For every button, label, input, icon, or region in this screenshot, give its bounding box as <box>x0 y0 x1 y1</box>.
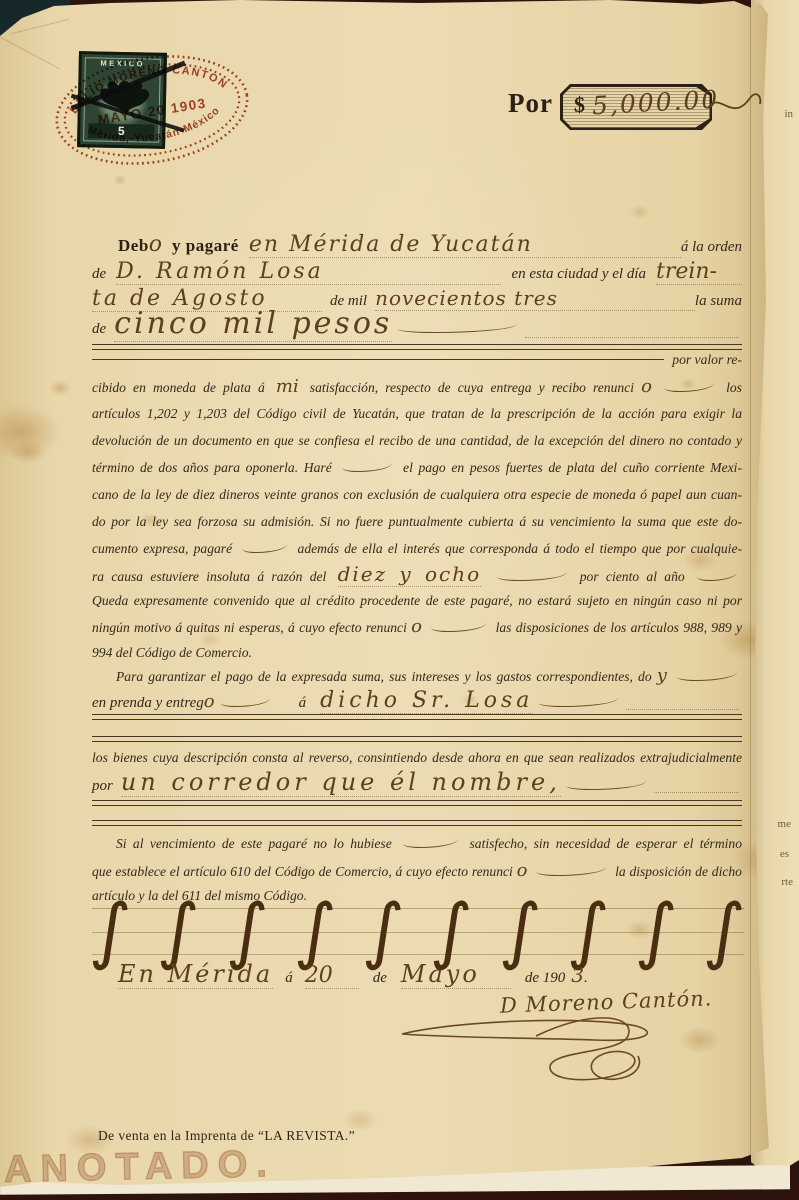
handwritten-fill: o <box>411 616 422 637</box>
double-rule <box>92 344 742 350</box>
pen-flourish <box>697 572 737 581</box>
printed-text: además de ella el interés que correspond… <box>298 541 742 556</box>
pen-stroke: ∫ <box>362 898 406 962</box>
oval-cancellation-stamp: DELIO MORENO CANTON MAYO 20 1903 Mérida,… <box>42 39 261 182</box>
body-line-12: Para garantizar el pago de la expresada … <box>92 666 742 687</box>
pen-stroke: ∫ <box>498 898 542 962</box>
pen-stroke: ∫ <box>89 898 133 962</box>
handwritten-fill: o <box>517 860 528 881</box>
printed-text: Deb <box>118 236 149 256</box>
printed-text: cibido en moneda de plata á <box>92 380 265 395</box>
body-line-2: artículos 1,202 y 1,203 del Código civil… <box>92 404 742 424</box>
body-line-17: que establece el artículo 610 del Código… <box>92 861 742 882</box>
handwritten-city: En Mérida <box>118 960 273 989</box>
pen-flourish <box>536 867 606 876</box>
handwritten-year: 3 <box>571 963 584 987</box>
paper-crease <box>11 19 69 34</box>
printed-text: satisfecho, sin necesidad de esperar el … <box>469 836 742 851</box>
body-line-14: los bienes cuya descripción consta al re… <box>92 748 742 768</box>
double-rule <box>92 820 742 826</box>
body-line-1: cibido en moneda de plata á mi satisfacc… <box>92 377 742 398</box>
pen-flourish <box>677 672 737 681</box>
pen-stroke: ∫ <box>293 898 337 962</box>
body-line-15: por un corredor que él nombre, <box>92 768 742 797</box>
stamp-block: MEXICO 5 DELIO MORENO CANTON <box>50 38 265 170</box>
cancellation-strokes: ∫ ∫ ∫ ∫ ∫ ∫ ∫ ∫ ∫ ∫ <box>92 896 744 964</box>
intro-line-2: de D. Ramón Losa en esta ciudad y el día… <box>92 259 742 285</box>
printed-text: Queda expresamente convenido que al créd… <box>92 593 742 608</box>
edge-text-fragment: me <box>778 818 791 830</box>
pen-flourish <box>342 463 392 472</box>
handwritten-fill: o <box>641 376 652 397</box>
printed-text: cano de la ley de diez dineros veinte gr… <box>92 487 742 502</box>
printed-text: por ciento al año <box>580 569 685 584</box>
body-line-13: en prenda y entreg o á dicho Sr. Losa <box>92 688 742 714</box>
date-line: En Mérida á 20 de Mayo de 190 3 . <box>118 960 678 989</box>
printed-text: que establece el artículo 610 del Código… <box>92 864 513 879</box>
body-line-6: do por la ley sea forzosa su admisión. S… <box>92 512 742 532</box>
handwritten-place: en Mérida de Yucatán <box>249 232 681 258</box>
double-rule <box>92 736 742 742</box>
handwritten-day: trein- <box>656 259 742 285</box>
printed-text: la disposición de dicho <box>615 864 742 879</box>
pen-flourish <box>664 383 714 392</box>
printed-text: por <box>92 778 113 795</box>
printed-text: á <box>285 970 293 987</box>
printed-text: . <box>584 970 588 987</box>
currency-symbol: $ <box>574 92 585 118</box>
body-line-9: Queda expresamente convenido que al créd… <box>92 591 742 611</box>
printed-text: ningún motivo á quitas ni esperas, á cuy… <box>92 620 407 635</box>
body-line-5: cano de la ley de diez dineros veinte gr… <box>92 485 742 505</box>
printed-text: do por la ley sea forzosa su admisión. S… <box>92 514 742 529</box>
handwritten-fill: o <box>149 232 162 257</box>
printed-text: Para garantizar el pago de la expresada … <box>116 669 652 684</box>
blank-line <box>525 335 739 338</box>
scanned-promissory-note: in me es rte MEXICO 5 <box>0 0 799 1200</box>
pen-flourish <box>431 623 486 632</box>
handwritten-payee: D. Ramón Losa <box>116 259 501 285</box>
printer-imprint: De venta en la Imprenta de “LA REVISTA.” <box>98 1128 355 1144</box>
printed-text: de <box>92 321 106 338</box>
printed-text: ra causa estuviere insoluta á razón del <box>92 569 326 584</box>
intro-line-4: de cinco mil pesos <box>92 306 742 342</box>
printed-text: término de dos años para oponerla. Haré <box>92 460 332 475</box>
printed-text: en prenda y entreg <box>92 695 204 712</box>
printed-text: de <box>92 266 106 283</box>
amount-flourish <box>706 86 766 126</box>
handwritten-day: 20 <box>305 963 359 989</box>
pen-stroke: ∫ <box>430 898 474 962</box>
pen-stroke: ∫ <box>566 898 610 962</box>
body-line-16: Si al vencimiento de este pagaré no lo h… <box>92 834 742 854</box>
blank-rule <box>92 359 664 360</box>
pen-stroke: ∫ <box>225 898 269 962</box>
edge-text-fragment: rte <box>781 876 793 888</box>
printed-text: cumento expresa, pagaré <box>92 541 232 556</box>
intro-line-1: Deb o y pagaré en Mérida de Yucatán á la… <box>92 232 742 258</box>
blank-line <box>626 707 739 710</box>
pen-stroke: ∫ <box>703 898 747 962</box>
signature-flourish <box>398 1006 690 1094</box>
body-line-11: 994 del Código de Comercio. <box>92 643 742 663</box>
body-line-3: devolución de un documento en que se con… <box>92 431 742 451</box>
handwritten-fill: o <box>204 691 215 712</box>
pen-stroke: ∫ <box>635 898 679 962</box>
body-line-7: cumento expresa, pagaré además de ella e… <box>92 539 742 559</box>
double-rule <box>92 714 742 720</box>
printed-text: 994 del Código de Comercio. <box>92 645 252 660</box>
pen-flourish <box>403 839 458 848</box>
printed-text: artículos 1,202 y 1,203 del Código civil… <box>92 406 742 421</box>
printed-text: á la orden <box>681 239 742 256</box>
pen-flourish <box>242 544 287 553</box>
promissory-note-page: MEXICO 5 DELIO MORENO CANTON <box>0 0 770 1192</box>
double-rule <box>92 800 742 806</box>
printed-text: á <box>299 695 307 712</box>
amount-box: $ 5,000.00 <box>560 84 712 130</box>
body-line-10: ningún motivo á quitas ni esperas, á cuy… <box>92 617 742 638</box>
pen-flourish <box>397 324 517 333</box>
printed-text: en esta ciudad y el día <box>511 266 646 283</box>
printed-text: por valor re- <box>672 352 742 368</box>
printed-text: de <box>373 970 387 987</box>
handwritten-fill: mi <box>276 376 299 397</box>
printed-text: y pagaré <box>172 236 239 256</box>
blank-line <box>654 790 739 793</box>
pen-flourish <box>497 572 567 581</box>
por-label: Por <box>508 88 553 119</box>
pen-flourish <box>566 781 646 790</box>
body-line-8: ra causa estuviere insoluta á razón del … <box>92 564 742 587</box>
printed-text: el pago en pesos fuertes de plata del cu… <box>403 460 742 475</box>
printed-text: satisfacción, respecto de cuya entrega y… <box>310 380 634 395</box>
handwritten-amount-words: cinco mil pesos <box>114 306 392 342</box>
printed-text: los <box>726 380 742 395</box>
handwritten-pledge: dicho Sr. Losa <box>320 688 533 714</box>
printed-text: de 190 <box>525 970 565 987</box>
pen-stroke: ∫ <box>157 898 201 962</box>
handwritten-broker-clause: un corredor que él nombre, <box>121 768 561 797</box>
handwritten-month: Mayo <box>401 960 511 989</box>
pen-flourish <box>220 698 270 707</box>
edge-text-fragment: in <box>784 108 793 120</box>
handwritten-interest-rate: diez y ocho <box>338 562 482 587</box>
printed-text: devolución de un documento en que se con… <box>92 433 742 448</box>
printed-text: las disposiciones de los artículos 988, … <box>496 620 742 635</box>
pen-flourish <box>538 698 618 707</box>
printed-text: los bienes cuya descripción consta al re… <box>92 750 742 765</box>
edge-text-fragment: es <box>780 848 789 860</box>
body-line-0: por valor re- <box>92 352 742 368</box>
printed-text: Si al vencimiento de este pagaré no lo h… <box>116 836 392 851</box>
body-line-4: término de dos años para oponerla. Haré … <box>92 458 742 478</box>
handwritten-fill: y <box>657 665 667 686</box>
